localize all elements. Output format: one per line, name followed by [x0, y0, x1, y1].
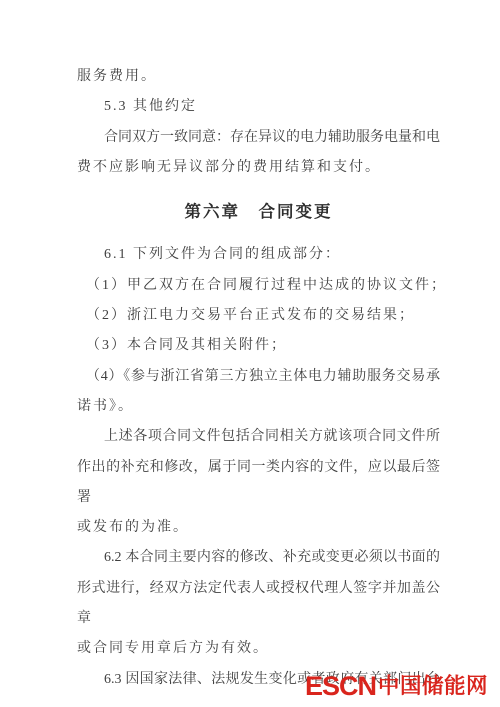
list-item-3: （3）本合同及其相关附件；	[77, 331, 440, 361]
contract-text-block: 服务费用。 5.3 其他约定 合同双方一致同意：存在异议的电力辅助服务电量和电 …	[77, 62, 440, 695]
paragraph-line: 形式进行，经双方法定代表人或授权代理人签字并加盖公章	[77, 574, 440, 635]
clause-6-1-line: 6.1 下列文件为合同的组成部分：	[77, 240, 440, 270]
clause-5-3-title: 5.3 其他约定	[77, 92, 440, 122]
list-item-4: （4）《参与浙江省第三方独立主体电力辅助服务交易承	[77, 362, 440, 392]
list-item-4-continuation: 诺书》。	[77, 392, 440, 422]
paragraph-line: 合同双方一致同意：存在异议的电力辅助服务电量和电	[77, 123, 440, 153]
paragraph-line: 作出的补充和修改，属于同一类内容的文件，应以最后签署	[77, 453, 440, 514]
clause-6-2-line: 6.2 本合同主要内容的修改、补充或变更必须以书面的	[77, 543, 440, 573]
escn-watermark-logo: ESCN 中国储能网	[305, 673, 488, 700]
paragraph-line: 上述各项合同文件包括合同相关方就该项合同文件所	[77, 422, 440, 452]
paragraph-line: 或合同专用章后方为有效。	[77, 634, 440, 664]
escn-logo-text: ESCN	[305, 673, 376, 700]
escn-logo-chinese-text: 中国储能网	[378, 676, 488, 698]
list-item-2: （2）浙江电力交易平台正式发布的交易结果；	[77, 301, 440, 331]
document-page: 服务费用。 5.3 其他约定 合同双方一致同意：存在异议的电力辅助服务电量和电 …	[0, 0, 500, 707]
paragraph-line: 费不应影响无异议部分的费用结算和支付。	[77, 153, 440, 183]
paragraph-line: 或发布的为准。	[77, 513, 440, 543]
chapter-6-heading: 第六章 合同变更	[77, 197, 440, 227]
list-item-1: （1）甲乙双方在合同履行过程中达成的协议文件；	[77, 271, 440, 301]
paragraph-continuation-line: 服务费用。	[77, 62, 440, 92]
